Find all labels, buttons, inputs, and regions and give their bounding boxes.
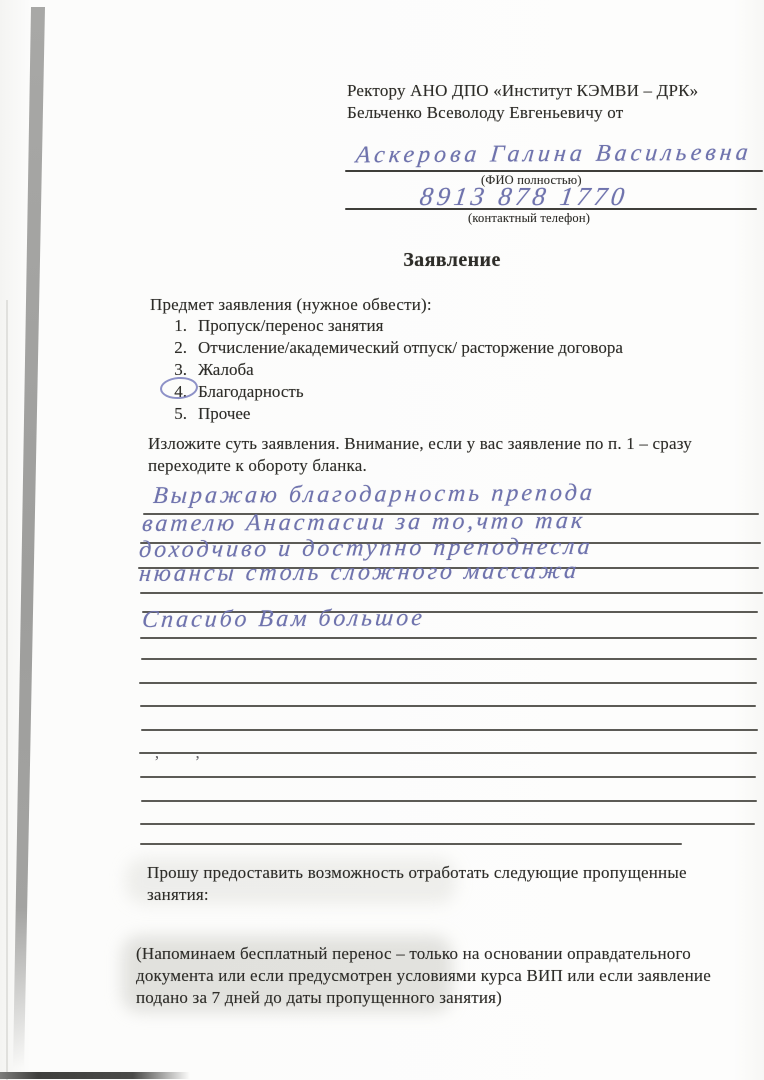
- scan-fold-shadow: [0, 0, 60, 1068]
- stray-pen-marks: ’ ’: [154, 752, 216, 772]
- phone-underline: [345, 208, 757, 210]
- applicant-name-handwritten: Аскерова Галина Васильевна: [355, 140, 754, 170]
- request-line-1: Прошу предоставить возможность отработат…: [147, 863, 687, 883]
- writing-rule: [140, 592, 763, 594]
- scanned-application-form: Ректору АНО ДПО «Институт КЭМВИ – ДРК» Б…: [0, 0, 764, 1080]
- writing-rule: [139, 752, 757, 754]
- request-line-2: занятия:: [147, 885, 209, 905]
- subject-prompt: Предмет заявления (нужное обвести):: [150, 295, 432, 315]
- subject-item-zhaloba: Жалоба: [198, 360, 254, 380]
- item-number: 5.: [163, 404, 187, 424]
- writing-rule: [141, 729, 758, 731]
- writing-rule: [140, 776, 756, 778]
- item-number: 1.: [163, 316, 187, 336]
- addressee-line-1: Ректору АНО ДПО «Институт КЭМВИ – ДРК»: [347, 81, 698, 101]
- item-number: 2.: [163, 338, 187, 358]
- subject-item-prochee: Прочее: [198, 404, 250, 424]
- instruction-line-1: Изложите суть заявления. Внимание, если …: [148, 434, 692, 454]
- name-underline: [345, 170, 763, 172]
- form-title: Заявление: [352, 249, 552, 272]
- scan-bottom-edge: [0, 1072, 190, 1079]
- handwritten-line-1: Выражаю благодарность препода: [152, 480, 596, 510]
- handwritten-line-4: нюансы столь сложного массажа: [138, 558, 580, 588]
- note-line-2: документа или если предусмотрен условиям…: [136, 966, 711, 986]
- addressee-line-2: Бельченко Всеволоду Евгеньевичу от: [347, 103, 623, 123]
- writing-rule: [141, 658, 757, 660]
- instruction-line-2: переходите к обороту бланка.: [148, 456, 367, 476]
- page-edge-line: [6, 300, 8, 1080]
- writing-rule: [140, 843, 682, 845]
- writing-rule: [141, 800, 757, 802]
- note-line-1: (Напоминаем бесплатный перенос – только …: [136, 944, 691, 964]
- writing-rule: [140, 823, 755, 825]
- subject-item-propusk: Пропуск/перенос занятия: [198, 316, 383, 336]
- handwritten-line-5: Спасибо Вам большое: [141, 605, 426, 634]
- writing-rule: [140, 637, 757, 639]
- phone-caption: (контактный телефон): [468, 211, 590, 226]
- note-line-3: подано за 7 дней до даты пропущенного за…: [136, 988, 502, 1008]
- subject-item-blagodarnost: Благодарность: [198, 382, 304, 402]
- writing-rule: [139, 682, 757, 684]
- writing-rule: [140, 705, 756, 707]
- subject-item-otchislenie: Отчисление/академический отпуск/ расторж…: [198, 338, 623, 358]
